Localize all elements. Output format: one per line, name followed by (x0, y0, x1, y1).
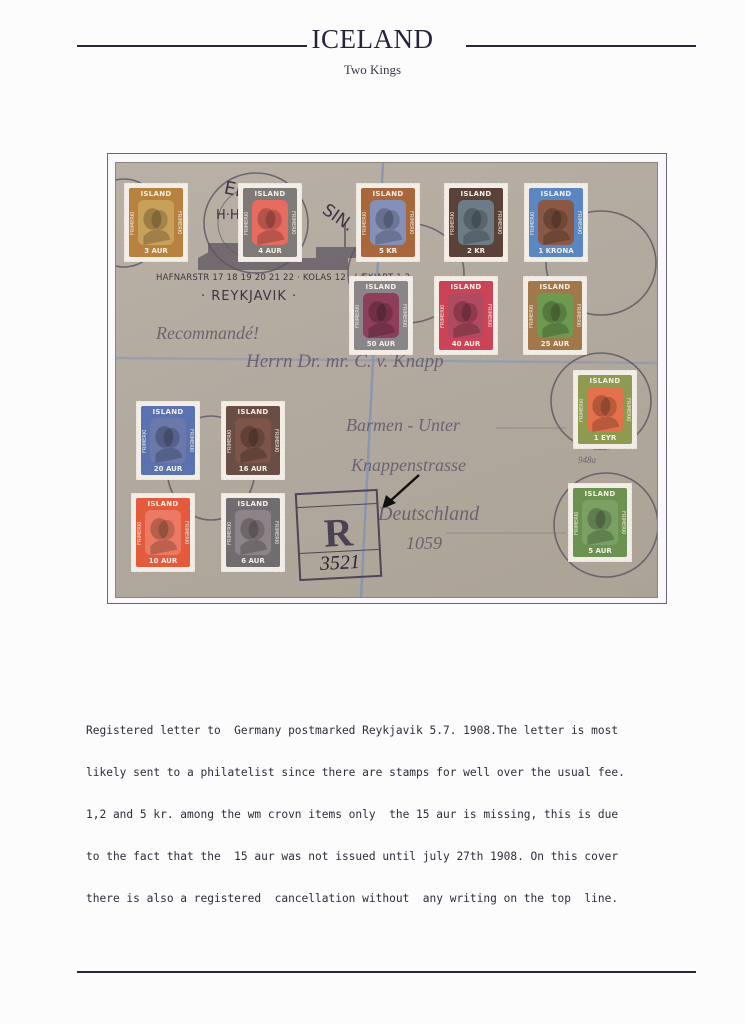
stamp-portrait (363, 293, 399, 338)
two-kings-portrait-icon (235, 418, 271, 463)
stamp-frame: ISLAND FRIMERKI FRIMERKI 20 AUR (141, 406, 195, 475)
stamp-side-text: FRIMERKI (142, 420, 149, 462)
stamp-side-text: FRIMERKI (227, 420, 234, 462)
stamp: ISLAND FRIMERKI FRIMERKI 20 AUR (136, 401, 200, 480)
two-kings-portrait-icon (252, 200, 288, 245)
stamp-side-text: FRIMERKI (187, 420, 194, 462)
handwritten-addressee: Herrn Dr. mr. C. v. Knapp (246, 351, 444, 373)
handwritten-city: Barmen - Unter (346, 415, 460, 436)
stamp-side-text: FRIMERKI (619, 502, 626, 544)
stamp-side-text: FRIMERKI (272, 420, 279, 462)
stamp-portrait (235, 510, 271, 555)
stamp-country: ISLAND (354, 283, 408, 291)
stamp-frame: ISLAND FRIMERKI FRIMERKI 16 AUR (226, 406, 280, 475)
two-kings-portrait-icon (370, 200, 406, 245)
stamp-country: ISLAND (226, 500, 280, 508)
stamp-side-text: FRIMERKI (227, 512, 234, 554)
stamp-side-text: FRIMERKI (575, 202, 582, 244)
stamp-side-text: FRIMERKI (407, 202, 414, 244)
stamp-portrait (587, 387, 623, 432)
handwritten-street: Knappenstrasse (351, 455, 466, 476)
stamp-country: ISLAND (439, 283, 493, 291)
stamp-side-text: FRIMERKI (485, 295, 492, 337)
stamp: ISLAND FRIMERKI FRIMERKI 50 AUR (349, 276, 413, 355)
stamp-value: 40 AUR (439, 340, 493, 348)
stamp-portrait (458, 200, 494, 245)
stamp-portrait (582, 500, 618, 545)
two-kings-portrait-icon (582, 500, 618, 545)
stamp-value: 20 AUR (141, 465, 195, 473)
stamp-frame: ISLAND FRIMERKI FRIMERKI 1 KRONA (529, 188, 583, 257)
stamp-portrait (537, 293, 573, 338)
stamp-portrait (138, 200, 174, 245)
stamp-side-text: FRIMERKI (440, 295, 447, 337)
stamp-country: ISLAND (136, 500, 190, 508)
two-kings-portrait-icon (145, 510, 181, 555)
stamp-value: 5 AUR (573, 547, 627, 555)
page-title: ICELAND (0, 24, 745, 55)
stamp: ISLAND FRIMERKI FRIMERKI 1 KRONA (524, 183, 588, 262)
stamp-country: ISLAND (226, 408, 280, 416)
stamp-side-text: FRIMERKI (530, 202, 537, 244)
stamp-portrait (145, 510, 181, 555)
description-line: likely sent to a philatelist since there… (86, 766, 686, 780)
stamp-side-text: FRIMERKI (130, 202, 137, 244)
sender-city: · REYKJAVIK · (201, 289, 297, 304)
stamp-side-text: FRIMERKI (289, 202, 296, 244)
description-line: 1,2 and 5 kr. among the wm crovn items o… (86, 808, 686, 822)
two-kings-portrait-icon (587, 387, 623, 432)
registration-label: R 3521 (295, 489, 382, 581)
stamp: ISLAND FRIMERKI FRIMERKI 10 AUR (131, 493, 195, 572)
registered-cover: ENS H·HA SIN. HAFNARSTR 17 18 19 20 21 2… (115, 162, 658, 598)
stamp-country: ISLAND (141, 408, 195, 416)
stamp-frame: ISLAND FRIMERKI FRIMERKI 2 KR (449, 188, 503, 257)
stamp-side-text: FRIMERKI (137, 512, 144, 554)
description-line: there is also a registered cancellation … (86, 892, 686, 906)
cover-description: Registered letter to Germany postmarked … (86, 696, 686, 920)
stamp: ISLAND FRIMERKI FRIMERKI 2 KR (444, 183, 508, 262)
stamp: ISLAND FRIMERKI FRIMERKI 4 AUR (238, 183, 302, 262)
stamp-frame: ISLAND FRIMERKI FRIMERKI 5 KR (361, 188, 415, 257)
stamp-side-text: FRIMERKI (400, 295, 407, 337)
stamp-side-text: FRIMERKI (355, 295, 362, 337)
stamp-value: 25 AUR (528, 340, 582, 348)
two-kings-portrait-icon (363, 293, 399, 338)
stamp-country: ISLAND (361, 190, 415, 198)
page-subtitle: Two Kings (0, 62, 745, 78)
stamp-frame: ISLAND FRIMERKI FRIMERKI 4 AUR (243, 188, 297, 257)
stamp-value: 16 AUR (226, 465, 280, 473)
stamp-side-text: FRIMERKI (624, 389, 631, 431)
stamp-frame: ISLAND FRIMERKI FRIMERKI 3 AUR (129, 188, 183, 257)
stamp-side-text: FRIMERKI (529, 295, 536, 337)
two-kings-portrait-icon (138, 200, 174, 245)
stamp-value: 50 AUR (354, 340, 408, 348)
stamp-value: 6 AUR (226, 557, 280, 565)
registration-number: 3521 (300, 549, 380, 577)
two-kings-portrait-icon (150, 418, 186, 463)
stamp-country: ISLAND (243, 190, 297, 198)
stamp-side-text: FRIMERKI (272, 512, 279, 554)
stamp-country: ISLAND (529, 190, 583, 198)
handwritten-number: 1059 (406, 533, 442, 554)
stamp-country: ISLAND (578, 377, 632, 385)
stamp: ISLAND FRIMERKI FRIMERKI 5 KR (356, 183, 420, 262)
stamp-frame: ISLAND FRIMERKI FRIMERKI 25 AUR (528, 281, 582, 350)
handwritten-recommande: Recommandé! (156, 323, 259, 344)
stamp-value: 3 AUR (129, 247, 183, 255)
stamp-side-text: FRIMERKI (450, 202, 457, 244)
two-kings-portrait-icon (538, 200, 574, 245)
catalog-note: 948a (578, 455, 596, 465)
stamp-side-text: FRIMERKI (175, 202, 182, 244)
stamp-side-text: FRIMERKI (495, 202, 502, 244)
header-rule-right (466, 45, 696, 47)
stamp-portrait (235, 418, 271, 463)
stamp: ISLAND FRIMERKI FRIMERKI 25 AUR (523, 276, 587, 355)
stamp-value: 4 AUR (243, 247, 297, 255)
stamp: ISLAND FRIMERKI FRIMERKI 16 AUR (221, 401, 285, 480)
stamp-value: 10 AUR (136, 557, 190, 565)
stamp-side-text: FRIMERKI (574, 502, 581, 544)
footer-rule (77, 971, 696, 973)
stamp-frame: ISLAND FRIMERKI FRIMERKI 50 AUR (354, 281, 408, 350)
stamp-value: 1 EYR (578, 434, 632, 442)
stamp-portrait (448, 293, 484, 338)
stamp-frame: ISLAND FRIMERKI FRIMERKI 10 AUR (136, 498, 190, 567)
stamp-value: 5 KR (361, 247, 415, 255)
stamp: ISLAND FRIMERKI FRIMERKI 3 AUR (124, 183, 188, 262)
stamp: ISLAND FRIMERKI FRIMERKI 5 AUR (568, 483, 632, 562)
stamp-country: ISLAND (449, 190, 503, 198)
stamp-frame: ISLAND FRIMERKI FRIMERKI 6 AUR (226, 498, 280, 567)
stamp-portrait (150, 418, 186, 463)
stamp-frame: ISLAND FRIMERKI FRIMERKI 5 AUR (573, 488, 627, 557)
description-line: Registered letter to Germany postmarked … (86, 724, 686, 738)
stamp-country: ISLAND (573, 490, 627, 498)
stamp-portrait (252, 200, 288, 245)
stamp-side-text: FRIMERKI (244, 202, 251, 244)
stamp-value: 2 KR (449, 247, 503, 255)
two-kings-portrait-icon (537, 293, 573, 338)
handwritten-country: Deutschland (378, 503, 479, 526)
stamp-frame: ISLAND FRIMERKI FRIMERKI 1 EYR (578, 375, 632, 444)
stamp-value: 1 KRONA (529, 247, 583, 255)
stamp: ISLAND FRIMERKI FRIMERKI 1 EYR (573, 370, 637, 449)
description-line: to the fact that the 15 aur was not issu… (86, 850, 686, 864)
stamp-side-text: FRIMERKI (579, 389, 586, 431)
stamp: ISLAND FRIMERKI FRIMERKI 6 AUR (221, 493, 285, 572)
stamp-side-text: FRIMERKI (362, 202, 369, 244)
two-kings-portrait-icon (458, 200, 494, 245)
two-kings-portrait-icon (235, 510, 271, 555)
stamp-country: ISLAND (528, 283, 582, 291)
stamp-portrait (370, 200, 406, 245)
stamp-frame: ISLAND FRIMERKI FRIMERKI 40 AUR (439, 281, 493, 350)
two-kings-portrait-icon (448, 293, 484, 338)
stamp-portrait (538, 200, 574, 245)
stamp-side-text: FRIMERKI (182, 512, 189, 554)
stamp: ISLAND FRIMERKI FRIMERKI 40 AUR (434, 276, 498, 355)
stamp-side-text: FRIMERKI (574, 295, 581, 337)
stamp-country: ISLAND (129, 190, 183, 198)
